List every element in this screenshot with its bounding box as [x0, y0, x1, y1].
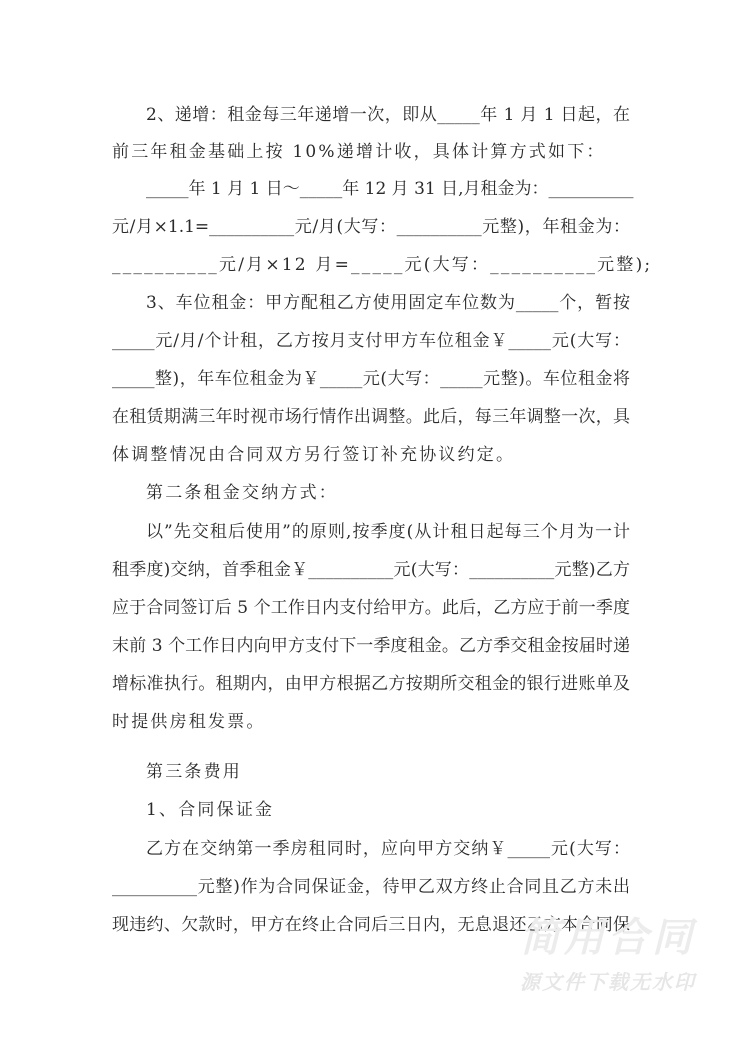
- text-line: __________元/月×12 月=_____元(大写：__________元…: [112, 254, 632, 276]
- text-line: 租季度)交纳，首季租金￥__________元(大写：__________元整)…: [112, 559, 630, 581]
- text-line: 时提供房租发票。: [112, 711, 632, 733]
- text-line: _____元/月/个计租，乙方按月支付甲方车位租金￥_____元(大写：: [112, 330, 630, 352]
- text-line: _____整)，年车位租金为￥_____元(大写：_____元整)。车位租金将: [112, 368, 630, 390]
- text-line: 末前 3 个工作日内向甲方支付下一季度租金。乙方季交租金按届时递: [112, 635, 630, 657]
- text-line: 元/月×1.1=__________元/月(大写：__________元整)，年…: [112, 216, 630, 238]
- text-line: __________元整)作为合同保证金，待甲乙双方终止合同且乙方未出: [112, 876, 630, 898]
- text-line: 以”先交租后使用”的原则,按季度(从计租日起每三个月为一计: [146, 521, 630, 543]
- text-line: 3、车位租金：甲方配租乙方使用固定车位数为_____个，暂按: [146, 292, 630, 314]
- text-line: 增标准执行。租期内，由甲方根据乙方按期所交租金的银行进账单及: [112, 673, 630, 695]
- text-line: 第二条租金交纳方式：: [146, 482, 666, 504]
- watermark: 简用合同 源文件下载无水印: [508, 915, 708, 997]
- text-line: 第三条费用: [146, 761, 666, 783]
- text-line: 乙方在交纳第一季房租同时，应向甲方交纳￥_____元(大写：: [146, 838, 630, 860]
- watermark-title: 简用合同: [508, 915, 708, 961]
- document-page: 2、递增：租金每三年递增一次，即从_____年 1 月 1 日起，在前三年租金基…: [0, 0, 742, 1049]
- text-line: 应于合同签订后 5 个工作日内支付给甲方。此后，乙方应于前一季度: [112, 597, 630, 619]
- text-line: _____年 1 月 1 日～_____年 12 月 31 日,月租金为：___…: [146, 178, 630, 200]
- text-line: 前三年租金基础上按 10%递增计收，具体计算方式如下：: [112, 141, 632, 163]
- watermark-subtitle: 源文件下载无水印: [508, 967, 708, 997]
- text-line: 2、递增：租金每三年递增一次，即从_____年 1 月 1 日起，在: [146, 104, 630, 126]
- text-line: 体调整情况由合同双方另行签订补充协议约定。: [112, 444, 632, 466]
- text-line: 1、合同保证金: [146, 799, 666, 821]
- text-line: 在租赁期满三年时视市场行情作出调整。此后，每三年调整一次，具: [112, 406, 630, 428]
